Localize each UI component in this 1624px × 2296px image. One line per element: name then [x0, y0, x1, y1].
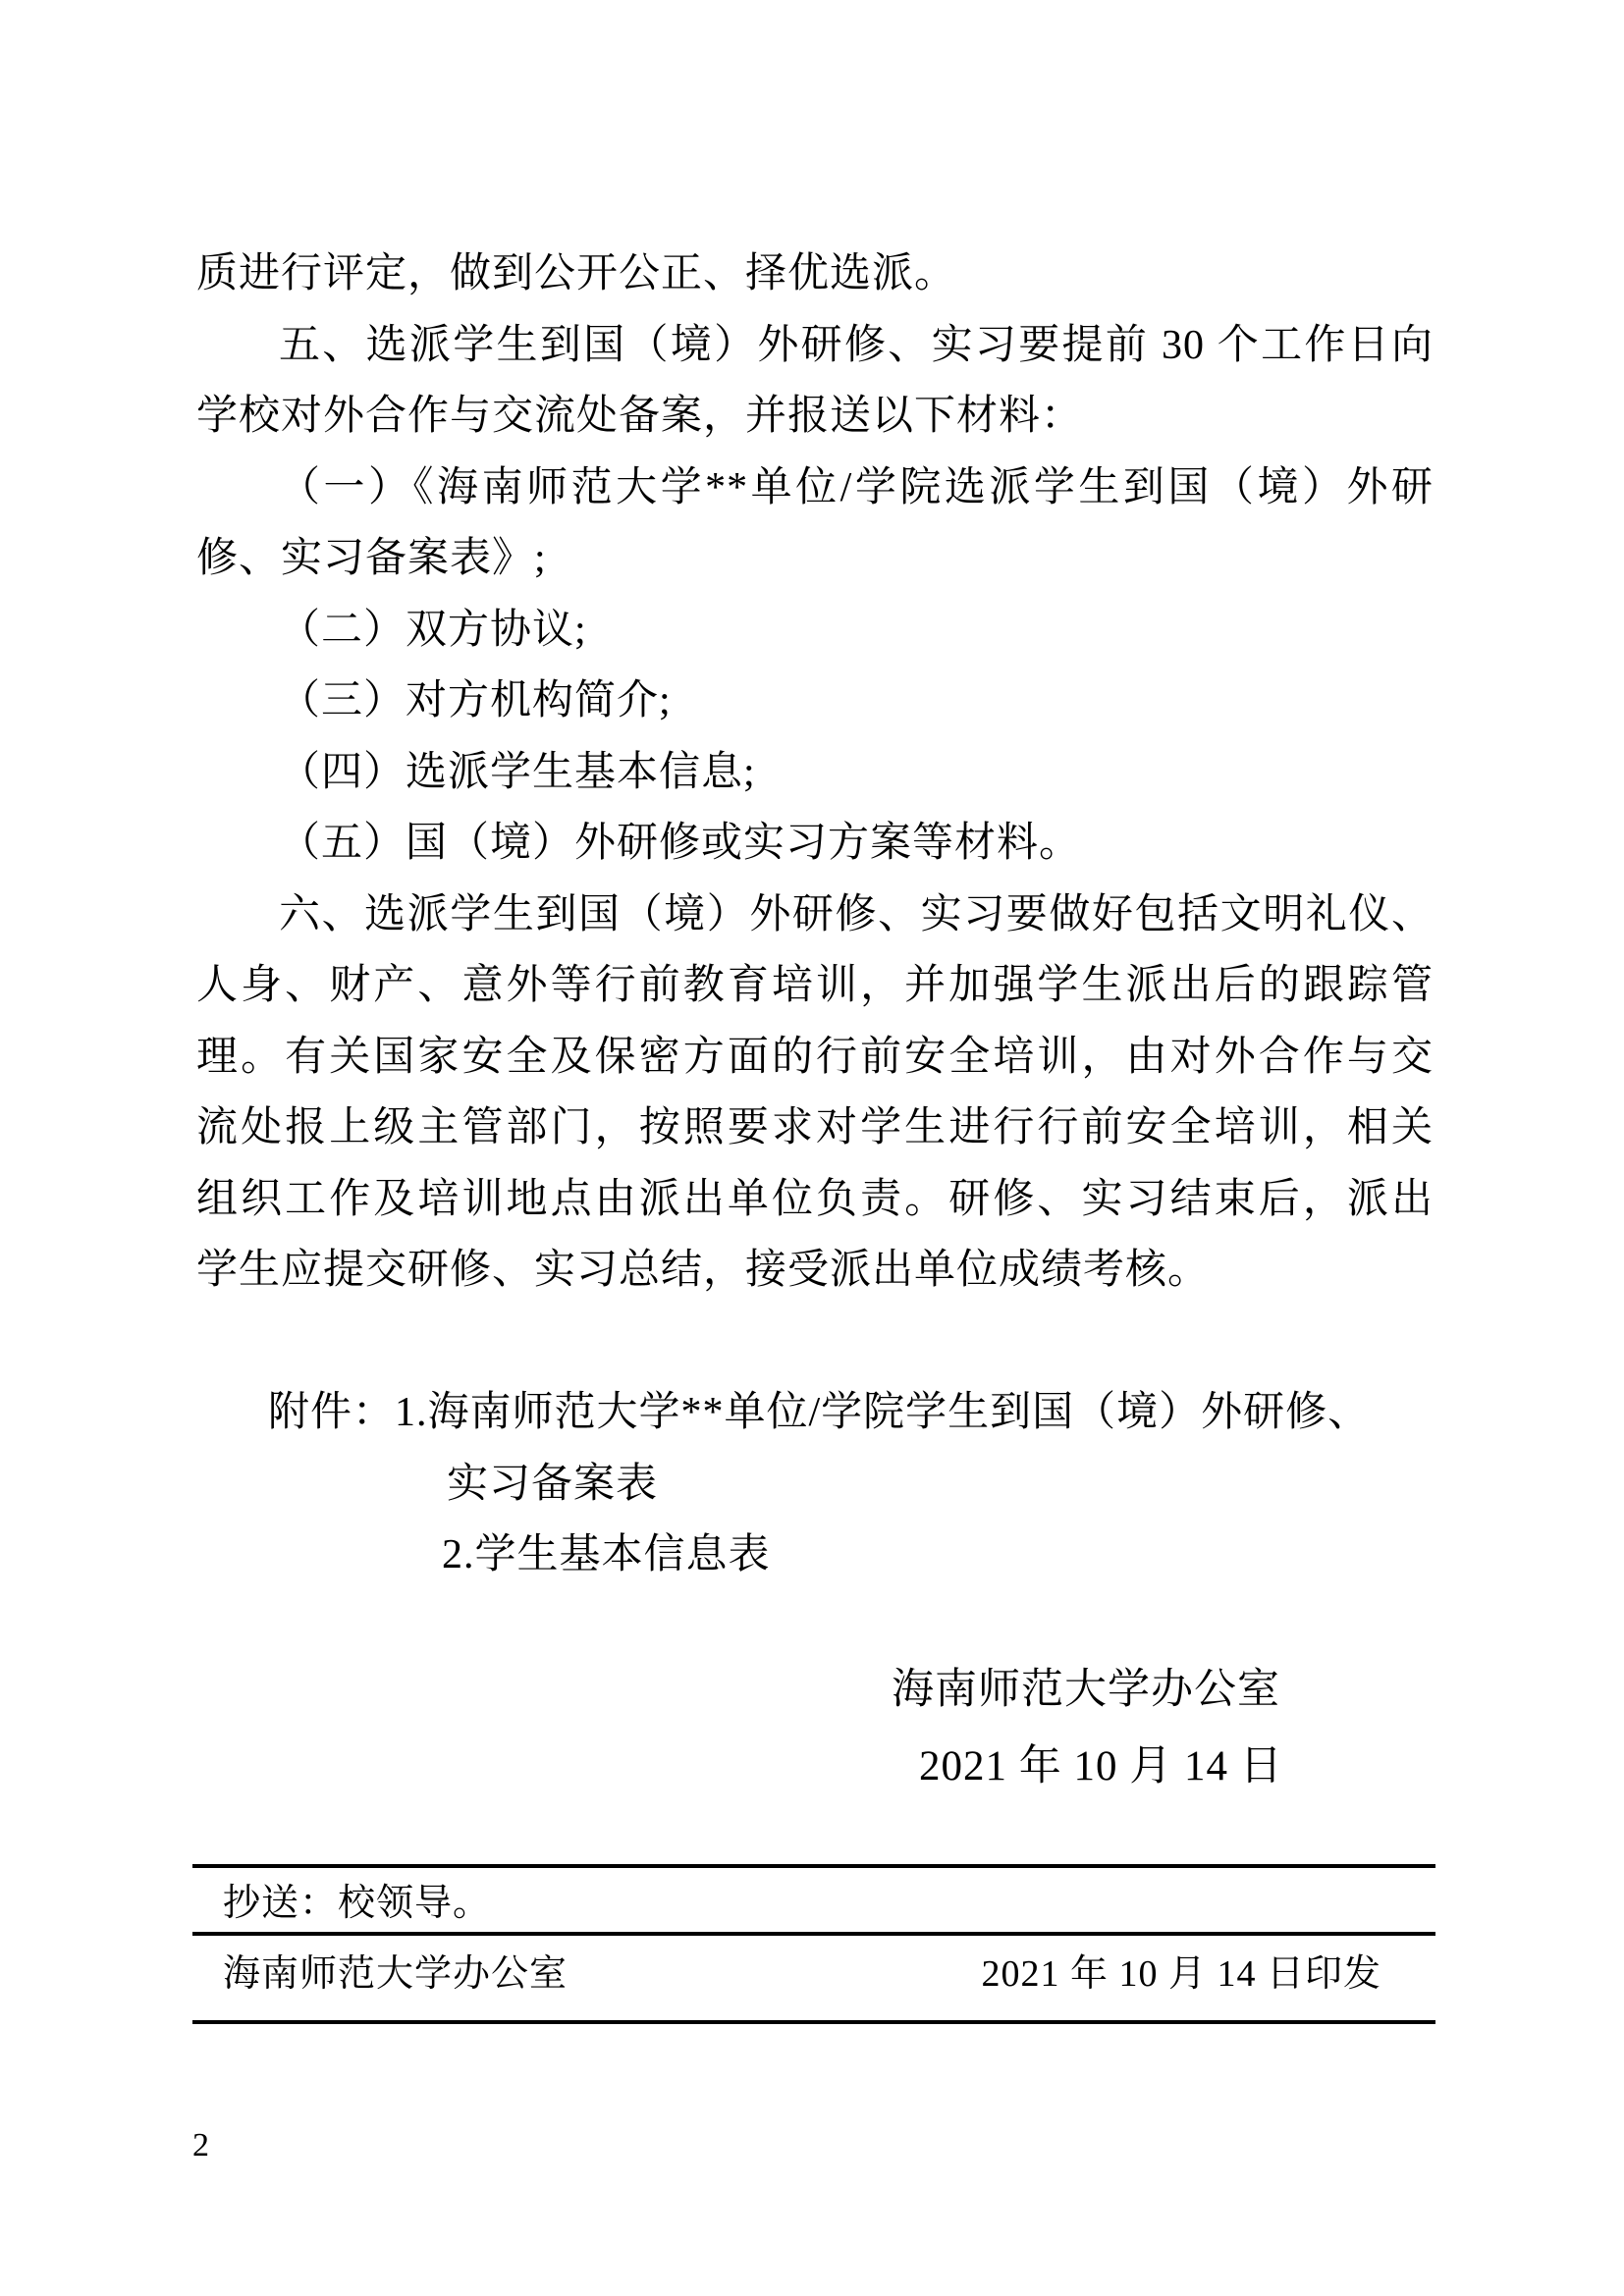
body-line-2: 五、选派学生到国（境）外研修、实习要提前 30 个工作日向: [196, 320, 1434, 371]
footer-issuer: 海南师范大学办公室: [223, 1951, 568, 1997]
body-line-12: 理。有关国家安全及保密方面的行前安全培训，由对外合作与交: [196, 1032, 1434, 1083]
attachment-line-2: 实习备案表: [447, 1459, 658, 1510]
attachment-line-1: 附件：1.海南师范大学**单位/学院学生到国（境）外研修、: [268, 1387, 1370, 1438]
footer-rule-bottom: [192, 2020, 1435, 2024]
body-line-14: 组织工作及培训地点由派出单位负责。研修、实习结束后，派出: [196, 1174, 1434, 1225]
body-line-6: （二）双方协议;: [196, 605, 1434, 656]
body-line-15: 学生应提交研修、实习总结，接受派出单位成绩考核。: [196, 1245, 1434, 1296]
body-line-4: （一）《海南师范大学**单位/学院选派学生到国（境）外研: [196, 462, 1434, 513]
document-page: 质进行评定，做到公开公正、择优选派。 五、选派学生到国（境）外研修、实习要提前 …: [0, 0, 1624, 2296]
signature-org: 海南师范大学办公室: [892, 1664, 1280, 1717]
body-line-5: 修、实习备案表》;: [196, 533, 1434, 584]
body-line-8: （四）选派学生基本信息;: [196, 747, 1434, 798]
footer-cc-line: 抄送：校领导。: [223, 1881, 491, 1926]
footer-rule-middle: [192, 1932, 1435, 1936]
footer-rule-top: [192, 1864, 1435, 1868]
body-line-11: 人身、财产、意外等行前教育培训，并加强学生派出后的跟踪管: [196, 960, 1434, 1011]
body-line-1: 质进行评定，做到公开公正、择优选派。: [196, 248, 1434, 299]
page-number: 2: [192, 2126, 209, 2165]
body-line-9: （五）国（境）外研修或实习方案等材料。: [196, 818, 1434, 869]
attachment-line-3: 2.学生基本信息表: [442, 1529, 771, 1580]
footer-print-date: 2021 年 10 月 14 日印发: [981, 1951, 1381, 1997]
signature-date: 2021 年 10 月 14 日: [919, 1740, 1283, 1793]
body-line-3: 学校对外合作与交流处备案，并报送以下材料：: [196, 391, 1434, 442]
body-line-10: 六、选派学生到国（境）外研修、实习要做好包括文明礼仪、: [196, 889, 1434, 940]
body-line-7: （三）对方机构简介;: [196, 675, 1434, 726]
body-line-13: 流处报上级主管部门，按照要求对学生进行行前安全培训，相关: [196, 1102, 1434, 1153]
